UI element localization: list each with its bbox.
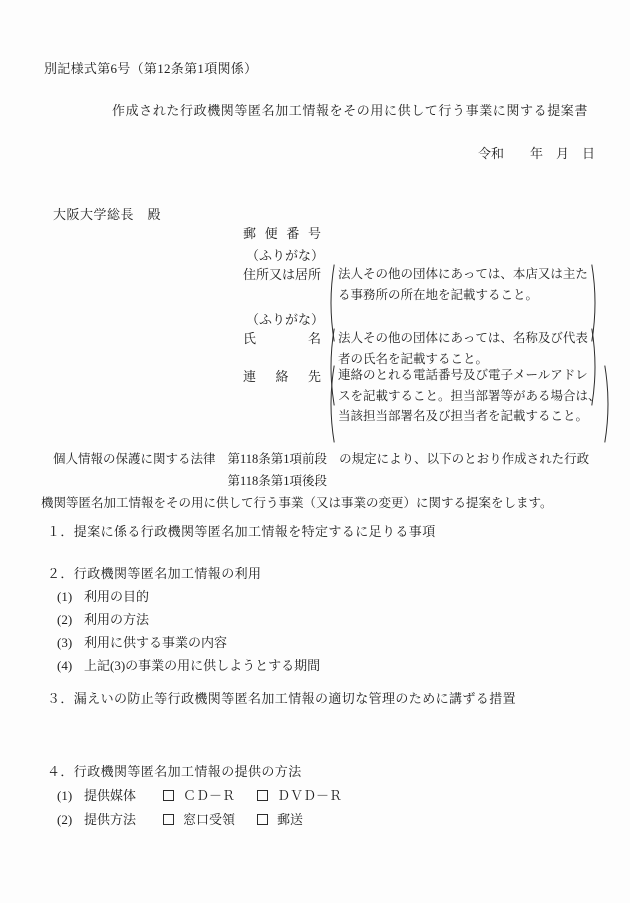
item-text: 利用の方法 bbox=[84, 611, 149, 630]
date-line: 令和 年 月 日 bbox=[478, 145, 595, 164]
checkbox-unchecked-icon bbox=[163, 790, 174, 801]
contact-row: 連絡先 連絡のとれる電話番号及び電子メールアドレ スを記載すること。担当部署等が… bbox=[243, 364, 612, 444]
statement-intro: 個人情報の保護に関する法律 bbox=[53, 448, 216, 470]
date-year-label: 年 bbox=[530, 145, 543, 164]
provision-method-label: 提供方法 bbox=[84, 811, 163, 830]
item-number: (3) bbox=[57, 634, 84, 653]
postal-code-label-row: 郵便番号 bbox=[243, 225, 327, 244]
date-era-label: 令和 bbox=[478, 145, 504, 164]
statement-paragraph: 個人情報の保護に関する法律 第118条第1項前段 第118条第1項後段 の規定に… bbox=[41, 448, 601, 514]
statement-line2: 機関等匿名加工情報をその用に供して行う事業（又は事業の変更）に関する提案をします… bbox=[41, 492, 601, 514]
proposal-form-page: 別記様式第6号（第12条第1項関係） 作成された行政機関等匿名加工情報をその用に… bbox=[0, 0, 630, 903]
address-label: 住所又は居所 bbox=[243, 266, 321, 285]
section-2-heading: ２．行政機関等匿名加工情報の利用 bbox=[47, 565, 261, 584]
checkbox-unchecked-icon bbox=[257, 790, 268, 801]
item-text: 利用の目的 bbox=[84, 588, 149, 607]
section-3-heading: ３．漏えいの防止等行政機関等匿名加工情報の適切な管理のために講ずる措置 bbox=[47, 690, 516, 709]
item-text: 上記(3)の事業の用に供しようとする期間 bbox=[84, 657, 320, 676]
provision-media-label: 提供媒体 bbox=[84, 787, 163, 806]
contact-note-text: 連絡のとれる電話番号及び電子メールアドレ スを記載すること。担当部署等がある場合… bbox=[335, 364, 604, 444]
item-number: (2) bbox=[57, 611, 84, 630]
item-number: (1) bbox=[57, 588, 84, 607]
postal-code-label: 郵便番号 bbox=[243, 225, 321, 244]
paren-right-icon bbox=[604, 364, 612, 444]
list-item: (3) 利用に供する事業の内容 bbox=[47, 634, 227, 653]
option-dvdr-label: ＤＶＤ－Ｒ bbox=[277, 787, 342, 806]
provision-method-row: (2) 提供方法 窓口受領 郵送 bbox=[47, 811, 303, 830]
item-number: (4) bbox=[57, 657, 84, 676]
paren-left-icon bbox=[327, 364, 335, 444]
contact-label: 連絡先 bbox=[243, 368, 321, 387]
page-title: 作成された行政機関等匿名加工情報をその用に供して行う事業に関する提案書 bbox=[112, 102, 588, 121]
option-cdr-label: ＣＤ－Ｒ bbox=[183, 787, 257, 806]
name-label: 氏名 bbox=[243, 330, 321, 349]
list-item: (2) 利用の方法 bbox=[47, 611, 149, 630]
clause-bottom: 第118条第1項後段 bbox=[228, 470, 328, 492]
contact-note: 連絡のとれる電話番号及び電子メールアドレ スを記載すること。担当部署等がある場合… bbox=[327, 364, 612, 444]
section-4-heading: ４．行政機関等匿名加工情報の提供の方法 bbox=[47, 763, 302, 782]
section-1-heading: １．提案に係る行政機関等匿名加工情報を特定するに足りる事項 bbox=[47, 523, 436, 542]
statement-line1: 個人情報の保護に関する法律 第118条第1項前段 第118条第1項後段 の規定に… bbox=[41, 448, 601, 492]
item-number: (2) bbox=[57, 811, 84, 830]
statement-after-clause: の規定により、以下のとおり作成された行政 bbox=[339, 448, 589, 470]
clause-top: 第118条第1項前段 bbox=[228, 448, 328, 470]
item-number: (1) bbox=[57, 787, 84, 806]
checkbox-unchecked-icon bbox=[257, 814, 268, 825]
form-number: 別記様式第6号（第12条第1項関係） bbox=[44, 60, 257, 79]
option-window-pickup-label: 窓口受領 bbox=[183, 811, 257, 830]
provision-media-row: (1) 提供媒体 ＣＤ－Ｒ ＤＶＤ－Ｒ bbox=[47, 787, 342, 806]
date-day-label: 日 bbox=[582, 145, 595, 164]
date-month-label: 月 bbox=[556, 145, 569, 164]
checkbox-unchecked-icon bbox=[163, 814, 174, 825]
clause-choice: 第118条第1項前段 第118条第1項後段 bbox=[228, 448, 328, 492]
list-item: (4) 上記(3)の事業の用に供しようとする期間 bbox=[47, 657, 320, 676]
recipient-line: 大阪大学総長 殿 bbox=[53, 206, 161, 225]
option-mail-label: 郵送 bbox=[277, 811, 303, 830]
list-item: (1) 利用の目的 bbox=[47, 588, 149, 607]
item-text: 利用に供する事業の内容 bbox=[84, 634, 227, 653]
